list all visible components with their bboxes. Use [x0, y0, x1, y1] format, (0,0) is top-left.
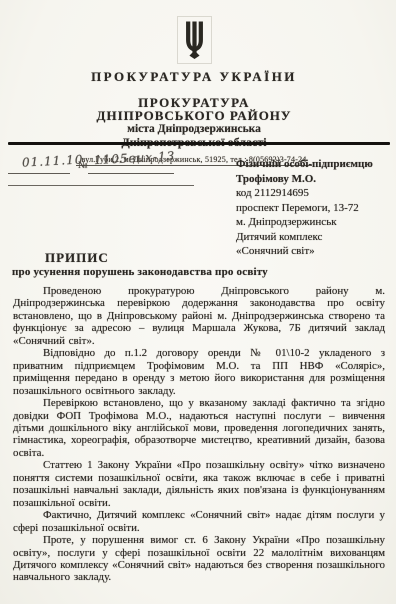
ref-number-underline [88, 173, 174, 174]
body-paragraph: Статтею 1 Закону України «Про позашкільн… [13, 459, 385, 509]
body-paragraph: Відповідно до п.1.2 договору оренди № 01… [13, 347, 385, 397]
scanned-document-page: ПРОКУРАТУРА УКРАЇНИ ПРОКУРАТУРА ДНІПРОВС… [0, 0, 396, 604]
letterhead-divider-rule [8, 142, 390, 145]
ref-date-handwritten: 01.11.10 [22, 152, 84, 169]
document-title: ПРИПИС [45, 250, 109, 266]
ref-second-underline [8, 185, 194, 186]
recipient-line: Дитячий комплекс [236, 230, 390, 245]
recipient-line: код 2112914695 [236, 186, 390, 201]
ukraine-trident-icon [177, 16, 212, 64]
org-country-title: ПРОКУРАТУРА УКРАЇНИ [0, 69, 388, 85]
document-body: Проведеною прокуратурою Дніпровського ра… [13, 285, 385, 584]
ref-number-sign: № [78, 160, 88, 171]
recipient-block: Фізичній особі-підприємцю Трофімову М.О.… [236, 157, 390, 259]
recipient-line: проспект Перемоги, 13-72 [236, 201, 390, 216]
recipient-line: «Сонячний світ» [236, 244, 390, 259]
body-paragraph: Проведеною прокуратурою Дніпровського ра… [13, 285, 385, 347]
recipient-line: Фізичній особі-підприємцю [236, 157, 390, 172]
body-paragraph: Фактично, Дитячий комплекс «Сонячний сві… [13, 509, 385, 534]
org-name-line2: ДНІПРОВСЬКОГО РАЙОНУ [0, 109, 388, 123]
recipient-line: м. Дніпродзержинськ [236, 215, 390, 230]
ref-date-underline [8, 173, 70, 174]
body-paragraph: Проте, у порушення вимог ст. 6 Закону Ук… [13, 534, 385, 584]
body-paragraph: Перевіркою встановлено, що у вказаному з… [13, 397, 385, 459]
recipient-line: Трофімову М.О. [236, 172, 390, 187]
document-subtitle: про усунення порушень законодавства про … [12, 266, 268, 278]
